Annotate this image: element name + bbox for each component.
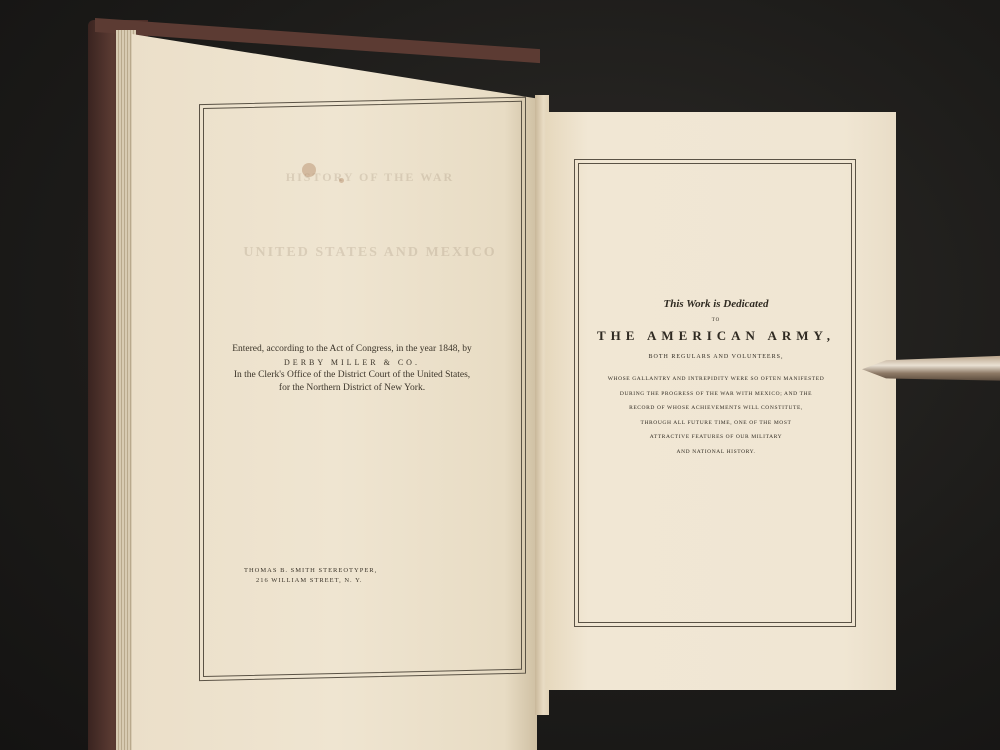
publisher-name: DERBY MILLER & CO. — [232, 356, 472, 369]
dedication-line: AND NATIONAL HISTORY. — [596, 445, 836, 460]
dedication-recipient: THE AMERICAN ARMY, — [596, 328, 836, 344]
dedication-line: THROUGH ALL FUTURE TIME, ONE OF THE MOST — [596, 416, 836, 431]
dedication-line: ATTRACTIVE FEATURES OF OUR MILITARY — [596, 430, 836, 445]
printer-imprint: THOMAS B. SMITH STEREOTYPER, 216 WILLIAM… — [244, 566, 377, 586]
dedication-subtitle: BOTH REGULARS AND VOLUNTEERS, — [596, 354, 836, 360]
show-through-text: UNITED STATES AND MEXICO — [240, 245, 500, 261]
show-through-text: HISTORY OF THE WAR — [240, 170, 500, 185]
dedication-to: TO — [596, 318, 836, 323]
copyright-line: Entered, according to the Act of Congres… — [232, 343, 472, 356]
printer-line: 216 WILLIAM STREET, N. Y. — [244, 576, 377, 586]
foxing-spot — [339, 178, 344, 183]
copyright-notice: Entered, according to the Act of Congres… — [232, 343, 472, 395]
dedication-line: RECORD OF WHOSE ACHIEVEMENTS WILL CONSTI… — [596, 401, 836, 416]
printer-line: THOMAS B. SMITH STEREOTYPER, — [244, 566, 377, 576]
copyright-line: In the Clerk's Office of the District Co… — [232, 369, 472, 382]
dedication: This Work is Dedicated TO THE AMERICAN A… — [596, 298, 836, 459]
foxing-spot — [302, 163, 316, 177]
copyright-line: for the Northern District of New York. — [232, 382, 472, 395]
dedication-line: DURING THE PROGRESS OF THE WAR WITH MEXI… — [596, 387, 836, 402]
dedication-line: WHOSE GALLANTRY AND INTREPIDITY WERE SO … — [596, 372, 836, 387]
dedication-heading: This Work is Dedicated — [596, 298, 836, 310]
dedication-body: WHOSE GALLANTRY AND INTREPIDITY WERE SO … — [596, 372, 836, 459]
